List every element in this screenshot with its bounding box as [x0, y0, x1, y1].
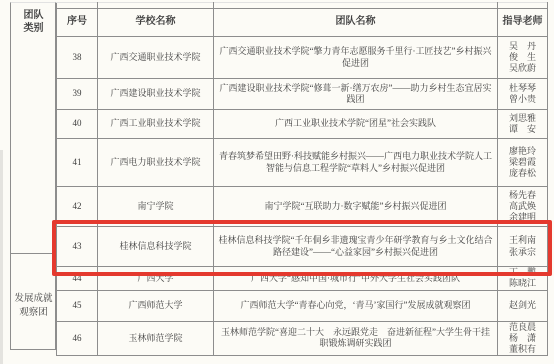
school-name-cell: 玉林师范学院	[98, 321, 214, 356]
school-name-cell: 广西交通职业技术学院	[98, 37, 214, 79]
column-header-team: 团队名称	[214, 9, 498, 37]
category-cell-divider	[10, 253, 57, 254]
table-row-highlighted: 43 桂林信息科技学院 桂林信息科技学院“千年侗乡非遗瑰宝青少年研学教育与乡土文…	[57, 227, 548, 267]
table-row: 38 广西交通职业技术学院 广西交通职业技术学院“擎力青年志愿服务千里行·工匠技…	[57, 37, 548, 79]
header-row: 序号 学校名称 团队名称 指导老师	[57, 9, 548, 37]
team-name-cell: 广西建设职业技术学院“修葺一新·缮万农房”——助力乡村生态宜居实践团	[214, 79, 498, 110]
school-name-cell: 广西工业职业技术学院	[98, 110, 214, 139]
advisor-cell: 杨先春 高武焕 余建明	[498, 187, 548, 227]
school-name-cell: 广西师范大学	[98, 290, 214, 321]
column-header-no: 序号	[57, 9, 98, 37]
row-number-cell: 43	[57, 227, 98, 267]
team-name-cell: 青春筑梦希望田野·科技赋能乡村振兴——广西电力职业技术学院人工智能与信息工程学院…	[214, 139, 498, 187]
team-name-cell: 广西交通职业技术学院“擎力青年志愿服务千里行·工匠技艺”乡村振兴促进团	[214, 37, 498, 79]
advisor-cell: 丁 鹏 陈晓江	[498, 267, 548, 291]
school-name-cell: 广西电力职业技术学院	[98, 139, 214, 187]
row-number-cell: 40	[57, 110, 98, 139]
table-row: 41 广西电力职业技术学院 青春筑梦希望田野·科技赋能乡村振兴——广西电力职业技…	[57, 139, 548, 187]
table-row: 44 广西大学 广西大学“感知中国·城市行”中外大学生社会实践团队 丁 鹏 陈晓…	[57, 267, 548, 291]
category-label: 发展成就 观察团	[10, 292, 57, 321]
document-page: 团队 类别 发展成就 观察团 序号 学校名称 团队名称 指导老师 38 广西交通…	[0, 0, 554, 364]
advisor-cell: 王利南 张承宗	[498, 227, 548, 267]
table-row: 39 广西建设职业技术学院 广西建设职业技术学院“修葺一新·缮万农房”——助力乡…	[57, 79, 548, 110]
column-header-advisor: 指导老师	[498, 9, 548, 37]
table-row: 42 南宁学院 南宁学院“互联助力·数字赋能”乡村振兴促进团 杨先春 高武焕 余…	[57, 187, 548, 227]
teams-table: 序号 学校名称 团队名称 指导老师 38 广西交通职业技术学院 广西交通职业技术…	[56, 2, 548, 356]
column-header-school: 学校名称	[98, 9, 214, 37]
team-name-cell: 桂林信息科技学院“千年侗乡非遗瑰宝青少年研学教育与乡土文化结合路径建设”——“心…	[214, 227, 498, 267]
row-number-cell: 42	[57, 187, 98, 227]
advisor-cell: 范良晨 杨 潇 董积有	[498, 321, 548, 356]
column-header-category: 团队 类别	[10, 10, 57, 35]
row-number-cell: 39	[57, 79, 98, 110]
advisor-cell: 廖艳玲 梁碧霞 庞春松	[498, 139, 548, 187]
school-name-cell: 广西建设职业技术学院	[98, 79, 214, 110]
row-number-cell: 44	[57, 267, 98, 291]
scan-edge-shadow	[0, 150, 3, 364]
table-row: 40 广西工业职业技术学院 广西工业职业技术学院“团星”社会实践队 刘思雅 谭 …	[57, 110, 548, 139]
table-row: 45 广西师范大学 广西师范大学“青春心向党，‘青马’家国行”发展成就观察团 赵…	[57, 290, 548, 321]
team-name-cell: 广西师范大学“青春心向党，‘青马’家国行”发展成就观察团	[214, 290, 498, 321]
table-row: 46 玉林师范学院 玉林师范学院“喜迎二十大 永远跟党走 奋进新征程”大学生骨干…	[57, 321, 548, 356]
advisor-cell: 杜琴琴 曾小贵	[498, 79, 548, 110]
team-name-cell: 南宁学院“互联助力·数字赋能”乡村振兴促进团	[214, 187, 498, 227]
advisor-cell: 赵剑光	[498, 290, 548, 321]
school-name-cell: 广西大学	[98, 267, 214, 291]
team-name-cell: 广西大学“感知中国·城市行”中外大学生社会实践团队	[214, 267, 498, 291]
row-number-cell: 38	[57, 37, 98, 79]
row-number-cell: 46	[57, 321, 98, 356]
row-number-cell: 41	[57, 139, 98, 187]
school-name-cell: 南宁学院	[98, 187, 214, 227]
row-number-cell: 45	[57, 290, 98, 321]
team-name-cell: 广西工业职业技术学院“团星”社会实践队	[214, 110, 498, 139]
team-name-cell: 玉林师范学院“喜迎二十大 永远跟党走 奋进新征程”大学生骨干挂职锻炼调研实践团	[214, 321, 498, 356]
school-name-cell: 桂林信息科技学院	[98, 227, 214, 267]
advisor-cell: 吴 丹 俊 生 吴欣蔚	[498, 37, 548, 79]
advisor-cell: 刘思雅 谭 安	[498, 110, 548, 139]
